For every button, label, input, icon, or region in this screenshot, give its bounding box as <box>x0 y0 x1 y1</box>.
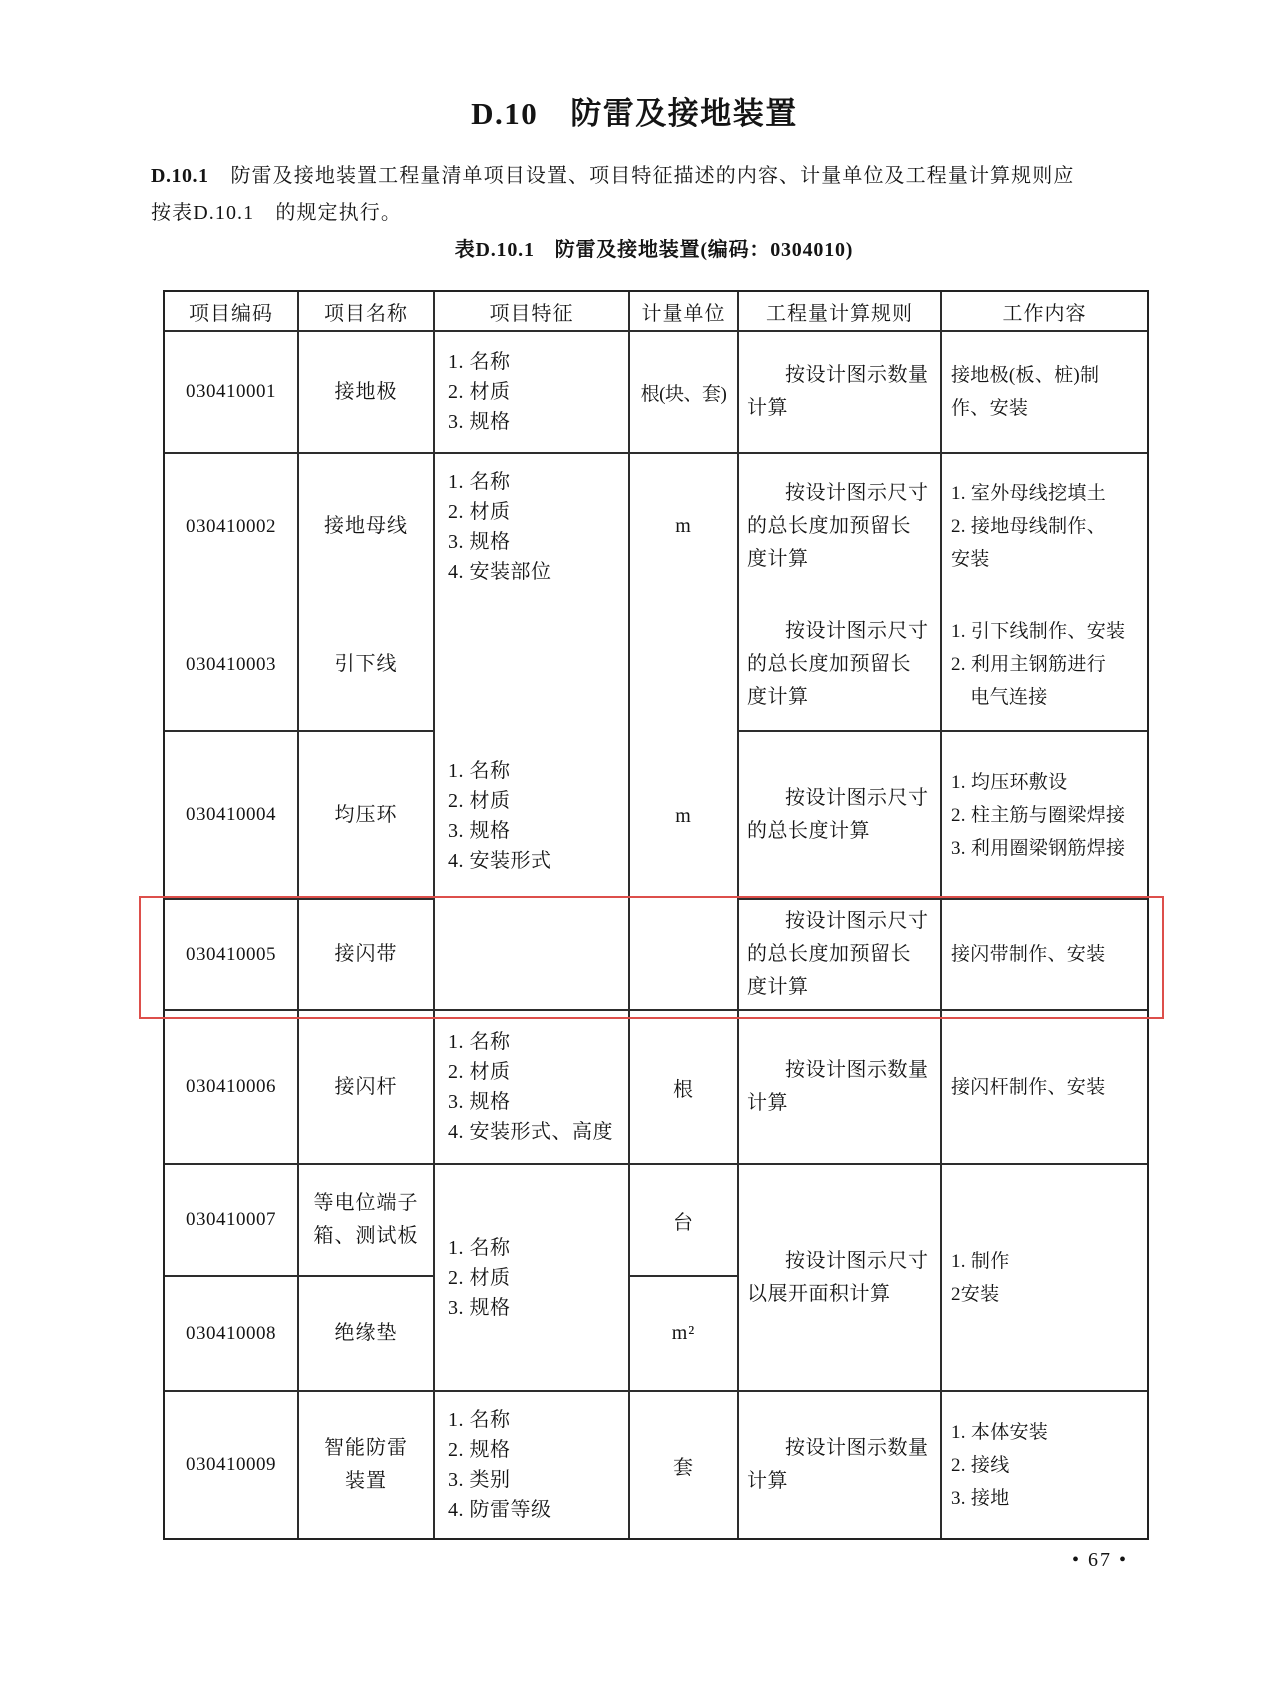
cell-name: 接闪杆 <box>299 1011 435 1165</box>
cell-features: 1. 名称 2. 规格 3. 类别 4. 防雷等级 <box>435 1392 630 1538</box>
work-text: 接地极(板、桩)制 作、安装 <box>942 359 1147 425</box>
unit-empty <box>630 599 737 732</box>
feature-list: 1. 名称 2. 材质 3. 规格 4. 安装形式、高度 <box>435 1027 628 1147</box>
cell-work-merged: 1. 制作 2安装 <box>942 1165 1147 1392</box>
cell-name: 接地母线 <box>299 454 433 599</box>
cell-name: 均压环 <box>299 732 435 900</box>
work-text: 接闪杆制作、安装 <box>942 1071 1147 1104</box>
rule-text: 按设计图示尺寸 的总长度加预留长 度计算 <box>739 905 940 1004</box>
cell-rule-highlighted-row: 按设计图示尺寸 的总长度加预留长 度计算 <box>739 900 942 1011</box>
cell-rule-group: 按设计图示尺寸 的总长度加预留长 度计算 按设计图示尺寸 的总长度加预留长 度计… <box>739 454 942 732</box>
cell-rule: 按设计图示尺寸 的总长度计算 <box>739 732 942 900</box>
work-text: 1. 均压环敷设 2. 柱主筋与圈梁焊接 3. 利用圈梁钢筋焊接 <box>942 766 1147 865</box>
spec-table: 项目编码 项目名称 项目特征 计量单位 工程量计算规则 工作内容 0304100… <box>163 290 1149 1540</box>
cell-code: 030410009 <box>165 1392 299 1538</box>
cell-code-highlighted-row: 030410005 <box>165 900 299 1011</box>
cell-name-group: 接地母线 引下线 <box>299 454 435 732</box>
table-caption: 表D.10.1防雷及接地装置(编码：0304010) <box>163 233 1145 262</box>
cell-rule: 按设计图示数量 计算 <box>739 1392 942 1538</box>
cell-name: 接地极 <box>299 332 435 454</box>
header-item-name: 项目名称 <box>299 292 435 332</box>
page-number: • 67 • <box>1040 1549 1160 1572</box>
feature-list: 1. 名称 2. 材质 3. 规格 4. 安装形式 <box>435 756 628 876</box>
feature-list: 1. 名称 2. 规格 3. 类别 4. 防雷等级 <box>435 1405 628 1525</box>
cell-features: 1. 名称 2. 材质 3. 规格 <box>435 332 630 454</box>
cell-features-merged: 1. 名称 2. 材质 3. 规格 <box>435 1165 630 1392</box>
cell-work: 接闪杆制作、安装 <box>942 1011 1147 1165</box>
cell-name: 引下线 <box>299 599 433 730</box>
cell-code: 030410007 <box>165 1165 299 1277</box>
feature-list: 1. 名称 2. 材质 3. 规格 <box>435 1233 628 1323</box>
cell-work-group: 1. 室外母线挖填土 2. 接地母线制作、 安装 1. 引下线制作、安装 2. … <box>942 454 1147 732</box>
clause-text-line1: 防雷及接地装置工程量清单项目设置、项目特征描述的内容、计量单位及工程量计算规则应 <box>230 165 1074 187</box>
cell-unit: 台 <box>630 1165 739 1277</box>
cell-rule: 按设计图示数量 计算 <box>739 1011 942 1165</box>
cell-unit: 根 <box>630 1011 739 1165</box>
cell-code: 030410004 <box>165 732 299 900</box>
cell-rule-merged: 按设计图示尺寸 以展开面积计算 <box>739 1165 942 1392</box>
feature-block: 1. 名称 2. 材质 3. 规格 4. 安装形式 <box>435 732 628 900</box>
cell-code: 030410008 <box>165 1277 299 1392</box>
work-block: 1. 引下线制作、安装 2. 利用主钢筋进行 电气连接 <box>942 599 1147 730</box>
cell-code: 030410001 <box>165 332 299 454</box>
rule-text: 按设计图示数量 计算 <box>739 359 940 425</box>
section-title-text: 防雷及接地装置 <box>570 96 798 131</box>
feature-block: 1. 名称 2. 材质 3. 规格 4. 安装部位 <box>435 454 628 599</box>
work-text: 1. 制作 2安装 <box>942 1245 1147 1311</box>
cell-work: 接地极(板、桩)制 作、安装 <box>942 332 1147 454</box>
clause-text-line2: 按表D.10.1 的规定执行。 <box>151 202 402 224</box>
unit-empty <box>630 900 737 1009</box>
cell-name: 智能防雷 装置 <box>299 1392 435 1538</box>
cell-work: 1. 本体安装 2. 接线 3. 接地 <box>942 1392 1147 1538</box>
feature-block-empty <box>435 599 628 732</box>
section-number: D.10 <box>471 96 538 131</box>
rule-text: 按设计图示尺寸 的总长度加预留长 度计算 <box>739 615 940 714</box>
cell-name: 等电位端子 箱、测试板 <box>299 1165 435 1277</box>
header-calc-rule: 工程量计算规则 <box>739 292 942 332</box>
cell-work: 1. 均压环敷设 2. 柱主筋与圈梁焊接 3. 利用圈梁钢筋焊接 <box>942 732 1147 900</box>
cell-work-highlighted-row: 接闪带制作、安装 <box>942 900 1147 1011</box>
rule-text: 按设计图示尺寸 的总长度加预留长 度计算 <box>739 477 940 576</box>
unit-value: m <box>630 732 737 900</box>
cell-name-highlighted-row: 接闪带 <box>299 900 435 1011</box>
table-caption-text: 防雷及接地装置(编码：0304010) <box>555 239 854 261</box>
cell-rule: 按设计图示数量 计算 <box>739 332 942 454</box>
cell-code: 030410002 <box>165 454 297 599</box>
unit-value: m <box>630 454 737 599</box>
header-work-content: 工作内容 <box>942 292 1147 332</box>
intro-paragraph: D.10.1防雷及接地装置工程量清单项目设置、项目特征描述的内容、计量单位及工程… <box>151 158 1086 232</box>
feature-block-empty <box>435 900 628 1009</box>
work-text: 1. 本体安装 2. 接线 3. 接地 <box>942 1416 1147 1515</box>
clause-number: D.10.1 <box>151 165 208 187</box>
work-text: 1. 引下线制作、安装 2. 利用主钢筋进行 电气连接 <box>942 615 1147 714</box>
work-text: 接闪带制作、安装 <box>942 938 1147 971</box>
rule-text: 按设计图示尺寸 以展开面积计算 <box>739 1245 940 1311</box>
feature-list: 1. 名称 2. 材质 3. 规格 4. 安装部位 <box>435 467 628 587</box>
rule-text: 按设计图示数量 计算 <box>739 1432 940 1498</box>
cell-code-group: 030410002 030410003 <box>165 454 299 732</box>
cell-code: 030410003 <box>165 599 297 730</box>
cell-code: 030410006 <box>165 1011 299 1165</box>
feature-list: 1. 名称 2. 材质 3. 规格 <box>435 347 628 437</box>
table-number: 表D.10.1 <box>455 239 535 261</box>
work-block: 1. 室外母线挖填土 2. 接地母线制作、 安装 <box>942 454 1147 599</box>
rule-block: 按设计图示尺寸 的总长度加预留长 度计算 <box>739 454 940 599</box>
cell-unit: 套 <box>630 1392 739 1538</box>
cell-unit-merged: m m <box>630 454 739 1011</box>
rule-text: 按设计图示尺寸 的总长度计算 <box>739 782 940 848</box>
cell-unit: m² <box>630 1277 739 1392</box>
header-unit: 计量单位 <box>630 292 739 332</box>
header-item-code: 项目编码 <box>165 292 299 332</box>
page-title: D.10防雷及接地装置 <box>0 88 1269 133</box>
rule-block: 按设计图示尺寸 的总长度加预留长 度计算 <box>739 599 940 730</box>
work-text: 1. 室外母线挖填土 2. 接地母线制作、 安装 <box>942 477 1147 576</box>
cell-features-merged: 1. 名称 2. 材质 3. 规格 4. 安装部位 1. 名称 2. 材质 3.… <box>435 454 630 1011</box>
cell-unit: 根(块、套) <box>630 332 739 454</box>
cell-features: 1. 名称 2. 材质 3. 规格 4. 安装形式、高度 <box>435 1011 630 1165</box>
header-item-features: 项目特征 <box>435 292 630 332</box>
cell-name: 绝缘垫 <box>299 1277 435 1392</box>
rule-text: 按设计图示数量 计算 <box>739 1054 940 1120</box>
